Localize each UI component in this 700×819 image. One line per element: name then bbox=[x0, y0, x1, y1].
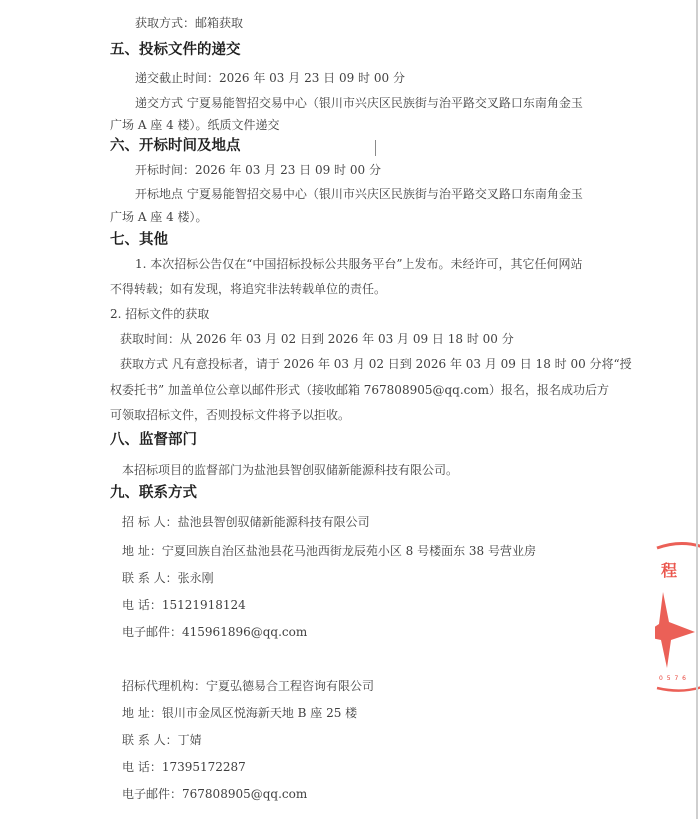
other-item2-method-line3: 可领取招标文件，否则投标文件将予以拒收。 bbox=[110, 407, 350, 423]
field-value: 767808905@qq.com bbox=[182, 787, 307, 801]
section-8-heading: 八、监督部门 bbox=[110, 431, 197, 449]
field-label: 电子邮件： bbox=[122, 624, 182, 640]
field-label: 联 系 人： bbox=[122, 570, 178, 586]
supervision-body: 本招标项目的监督部门为盐池县智创驭储新能源科技有限公司。 bbox=[122, 462, 458, 478]
other-item2-title: 2. 招标文件的获取 bbox=[110, 306, 209, 322]
agency-email: 电子邮件：767808905@qq.com bbox=[122, 786, 307, 802]
field-label: 联 系 人： bbox=[122, 732, 178, 748]
other-item2-method-line2: 权委托书” 加盖单位公章以邮件形式（接收邮箱 767808905@qq.com）… bbox=[110, 382, 609, 398]
other-item2-time: 获取时间：从 2026 年 03 月 02 日到 2026 年 03 月 09 … bbox=[120, 331, 514, 347]
tenderer-email: 电子邮件：415961896@qq.com bbox=[122, 624, 307, 640]
section-5-heading: 五、投标文件的递交 bbox=[110, 41, 241, 59]
opening-place-line1: 开标地点 宁夏易能智招交易中心（银川市兴庆区民族街与治平路交叉路口东南角金玉 bbox=[135, 186, 583, 202]
document-page: 获取方式：邮箱获取 五、投标文件的递交 递交截止时间：2026 年 03 月 2… bbox=[0, 0, 700, 819]
field-value: 17395172287 bbox=[162, 760, 246, 774]
field-value: 415961896@qq.com bbox=[182, 625, 307, 639]
other-item1-line1: 1. 本次招标公告仅在“中国招标投标公共服务平台”上发布。未经许可，其它任何网站 bbox=[135, 256, 583, 272]
tenderer-name: 招 标 人：盐池县智创驭储新能源科技有限公司 bbox=[122, 514, 370, 530]
opening-time: 开标时间：2026 年 03 月 23 日 09 时 00 分 bbox=[135, 162, 381, 178]
agency-phone: 电 话：17395172287 bbox=[122, 759, 246, 775]
field-value: 15121918124 bbox=[162, 598, 246, 612]
other-item1-line2: 不得转载；如有发现，将追究非法转载单位的责任。 bbox=[110, 281, 386, 297]
submission-method-line1: 递交方式 宁夏易能智招交易中心（银川市兴庆区民族街与治平路交叉路口东南角金玉 bbox=[135, 95, 583, 111]
field-value: 宁夏弘德易合工程咨询有限公司 bbox=[206, 679, 374, 693]
tenderer-address: 地 址：宁夏回族自治区盐池县花马池西街龙辰苑小区 8 号楼面东 38 号营业房 bbox=[122, 543, 536, 559]
opening-place-line2: 广场 A 座 4 楼）。 bbox=[110, 209, 208, 225]
company-seal-icon: 程 0 5 7 6 bbox=[655, 540, 700, 700]
section-9-heading: 九、联系方式 bbox=[110, 484, 197, 502]
agency-address: 地 址：银川市金凤区悦海新天地 B 座 25 楼 bbox=[122, 705, 357, 721]
tenderer-contact: 联 系 人：张永刚 bbox=[122, 570, 214, 586]
field-label: 电 话： bbox=[122, 597, 162, 613]
acquire-method-value: 邮箱获取 bbox=[195, 16, 243, 30]
submission-deadline: 递交截止时间：2026 年 03 月 23 日 09 时 00 分 bbox=[135, 70, 405, 86]
agency-contact: 联 系 人：丁婧 bbox=[122, 732, 202, 748]
tenderer-phone: 电 话：15121918124 bbox=[122, 597, 246, 613]
field-value: 银川市金凤区悦海新天地 B 座 25 楼 bbox=[162, 706, 357, 720]
section-6-heading: 六、开标时间及地点 bbox=[110, 137, 241, 155]
field-value: 盐池县智创驭储新能源科技有限公司 bbox=[178, 515, 370, 529]
section-7-heading: 七、其他 bbox=[110, 231, 168, 249]
top-acquire-method: 获取方式：邮箱获取 bbox=[135, 15, 243, 31]
acquire-method-label: 获取方式： bbox=[135, 16, 195, 30]
field-label: 地 址： bbox=[122, 705, 162, 721]
submission-method-line2: 广场 A 座 4 楼）。纸质文件递交 bbox=[110, 117, 280, 133]
other-item2-method-line1: 获取方式 凡有意投标者，请于 2026 年 03 月 02 日到 2026 年 … bbox=[120, 356, 632, 372]
field-value: 宁夏回族自治区盐池县花马池西街龙辰苑小区 8 号楼面东 38 号营业房 bbox=[162, 544, 536, 558]
page-edge-divider bbox=[696, 0, 698, 819]
field-label: 地 址： bbox=[122, 543, 162, 559]
field-label: 电子邮件： bbox=[122, 786, 182, 802]
field-label: 招 标 人： bbox=[122, 514, 178, 530]
field-value: 丁婧 bbox=[178, 733, 202, 747]
field-label: 电 话： bbox=[122, 759, 162, 775]
field-value: 张永刚 bbox=[178, 571, 214, 585]
scan-mark bbox=[375, 140, 376, 156]
agency-name: 招标代理机构：宁夏弘德易合工程咨询有限公司 bbox=[122, 678, 374, 694]
svg-text:0 5 7 6: 0 5 7 6 bbox=[659, 675, 687, 682]
field-label: 招标代理机构： bbox=[122, 678, 206, 694]
svg-text:程: 程 bbox=[661, 561, 677, 580]
